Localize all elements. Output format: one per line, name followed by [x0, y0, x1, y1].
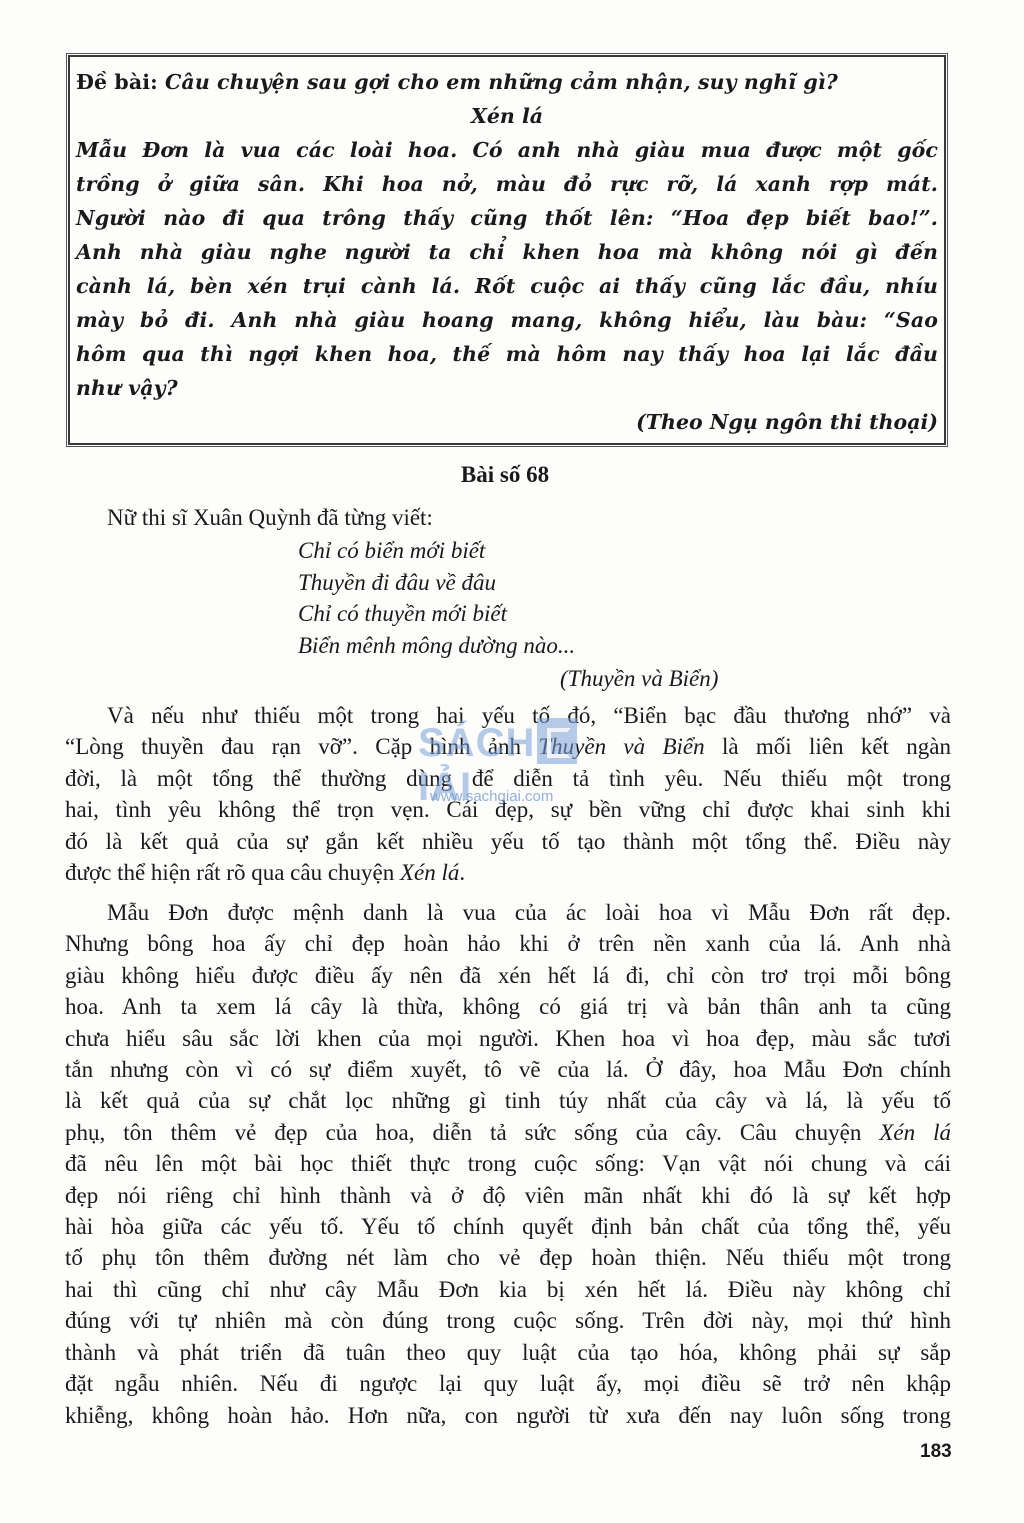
text-run: là mối liên kết ngàn: [705, 734, 951, 759]
story-line: cành lá, bèn xén trụi cành lá. Rốt cuộc …: [76, 269, 938, 303]
paragraph-line: đời, là một tổng thể thường dùng để diễn…: [65, 763, 951, 794]
paragraph-line: đã nêu lên một bài học thiết thực trong …: [65, 1148, 951, 1179]
text-run: “Lòng thuyền đau rạn vỡ”. Cặp hình ảnh: [65, 734, 538, 759]
text-run: phụ, tôn thêm vẻ đẹp của hoa, diễn tả sứ…: [65, 1120, 879, 1145]
textbook-page: Đề bài: Câu chuyện sau gợi cho em những …: [0, 0, 1024, 1523]
poem-source: (Thuyền và Biển): [560, 664, 718, 694]
article-title: Bài số 68: [0, 460, 1010, 490]
paragraph-1: Và nếu như thiếu một trong hai yếu tố đó…: [65, 700, 951, 888]
story-line: Anh nhà giàu nghe người ta chỉ khen hoa …: [76, 235, 938, 269]
question-text: Câu chuyện sau gợi cho em những cảm nhận…: [158, 70, 838, 94]
paragraph-line: hai, tình yêu không thể trọn vẹn. Cái đẹ…: [65, 794, 951, 825]
page-number: 183: [920, 1440, 952, 1464]
story-line: Người nào đi qua trông thấy cũng thốt lê…: [76, 201, 938, 235]
paragraph-2: Mẫu Đơn được mệnh danh là vua của ác loà…: [65, 897, 951, 1431]
paragraph-line: thành và phát triển đã tuân theo quy luậ…: [65, 1337, 951, 1368]
poem-line: Biển mênh mông dường nào...: [298, 630, 575, 662]
article-intro: Nữ thi sĩ Xuân Quỳnh đã từng viết:: [107, 503, 433, 533]
paragraph-line: đặt ngẫu nhiên. Nếu đi ngược lại quy luậ…: [65, 1368, 951, 1399]
story-title: Xén lá: [76, 99, 938, 133]
paragraph-line: hoa. Anh ta xem lá cây là thừa, không có…: [65, 991, 951, 1022]
poem-excerpt: Chỉ có biển mới biết Thuyền đi đâu về đâ…: [298, 535, 575, 661]
paragraph-line: hai thì cũng chỉ như cây Mẫu Đơn kia bị …: [65, 1274, 951, 1305]
paragraph-line: khiễng, không hoàn hảo. Hơn nữa, con ngư…: [65, 1400, 951, 1431]
exercise-box: Đề bài: Câu chuyện sau gợi cho em những …: [68, 55, 946, 445]
paragraph-line: chưa hiểu sâu sắc lời khen của mọi người…: [65, 1023, 951, 1054]
poem-line: Chỉ có thuyền mới biết: [298, 598, 575, 630]
paragraph-line: Và nếu như thiếu một trong hai yếu tố đó…: [65, 700, 951, 731]
story-line: Mẫu Đơn là vua các loài hoa. Có anh nhà …: [76, 133, 938, 167]
story-line: như vậy?: [76, 371, 938, 405]
paragraph-line: Nhưng bông hoa ấy chỉ đẹp hoàn hảo khi ở…: [65, 928, 951, 959]
paragraph-line: tắn nhưng còn vì có sự điểm xuyết, tô vẽ…: [65, 1054, 951, 1085]
italic-title: Xén lá: [400, 860, 459, 885]
paragraph-line: đẹp nói riêng chỉ hình thành và ở độ viê…: [65, 1180, 951, 1211]
story-line: trồng ở giữa sân. Khi hoa nở, màu đỏ rực…: [76, 167, 938, 201]
poem-line: Thuyền đi đâu về đâu: [298, 567, 575, 599]
paragraph-line: là kết quả của sự chắt lọc những gì tinh…: [65, 1085, 951, 1116]
story-line: hôm qua thì ngợi khen hoa, thế mà hôm na…: [76, 337, 938, 371]
italic-title: Thuyền và Biển: [538, 734, 704, 759]
paragraph-line: tố phụ tôn thêm đường nét làm cho vẻ đẹp…: [65, 1242, 951, 1273]
question-label: Đề bài:: [76, 70, 158, 94]
paragraph-line: “Lòng thuyền đau rạn vỡ”. Cặp hình ảnh T…: [65, 731, 951, 762]
paragraph-line: đó là kết quả của sự gắn kết nhiều yếu t…: [65, 826, 951, 857]
paragraph-line: giàu không hiểu được điều ấy nên đã xén …: [65, 960, 951, 991]
text-run: được thể hiện rất rõ qua câu chuyện: [65, 860, 400, 885]
poem-line: Chỉ có biển mới biết: [298, 535, 575, 567]
paragraph-line: hài hòa giữa các yếu tố. Yếu tố chính qu…: [65, 1211, 951, 1242]
story-source: (Theo Ngụ ngôn thi thoại): [76, 405, 938, 439]
paragraph-line: được thể hiện rất rõ qua câu chuyện Xén …: [65, 857, 951, 888]
paragraph-line: đúng với tự nhiên mà còn đúng trong cuộc…: [65, 1305, 951, 1336]
paragraph-line: phụ, tôn thêm vẻ đẹp của hoa, diễn tả sứ…: [65, 1117, 951, 1148]
text-run: .: [459, 860, 465, 885]
exercise-question: Đề bài: Câu chuyện sau gợi cho em những …: [76, 65, 938, 99]
story-line: mày bỏ đi. Anh nhà giàu hoang mang, khôn…: [76, 303, 938, 337]
italic-title: Xén lá: [879, 1120, 951, 1145]
paragraph-line: Mẫu Đơn được mệnh danh là vua của ác loà…: [65, 897, 951, 928]
